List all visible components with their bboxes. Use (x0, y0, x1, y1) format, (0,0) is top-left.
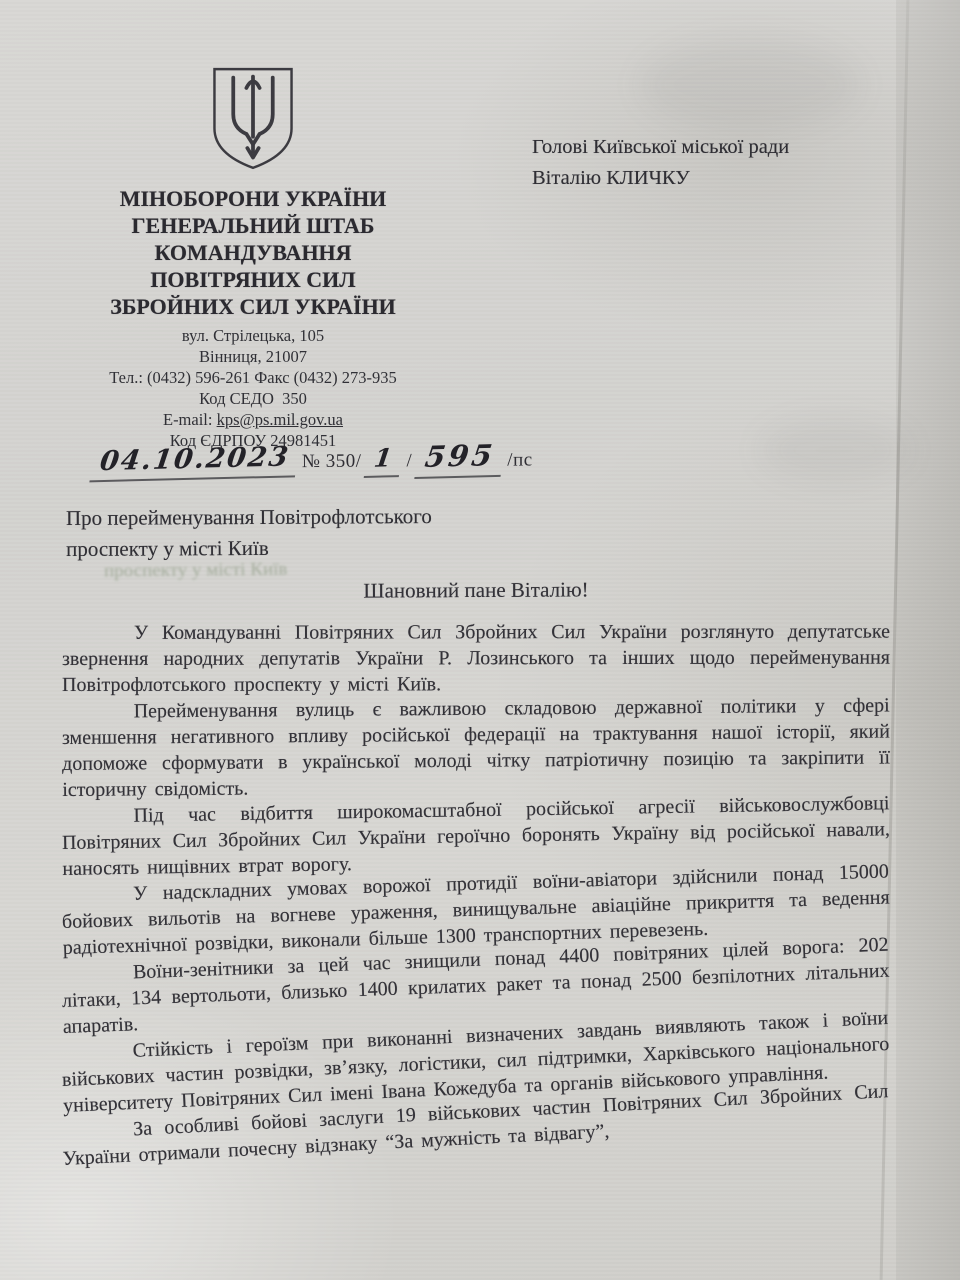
contact-block: вул. Стрілецька, 105 Вінниця, 21007 Тел.… (88, 325, 418, 451)
email-line: E-mail: kps@ps.mil.gov.ua (88, 409, 418, 430)
subject-block: Про перейменування Повітрофлотського про… (66, 501, 432, 565)
email-label: E-mail: (163, 410, 217, 429)
recipient-name: Віталію КЛИЧКУ (532, 163, 789, 194)
address-line: Вінниця, 21007 (88, 346, 418, 367)
handwritten-number-part2: 595 (414, 438, 505, 479)
email-address: kps@ps.mil.gov.ua (217, 410, 343, 429)
org-line: МІНОБОРОНИ УКРАЇНИ (88, 185, 418, 212)
bleed-through-marks (760, 420, 910, 480)
recipient-title: Голові Київської міської ради (532, 132, 789, 163)
handwritten-number-part1: 1 (364, 443, 404, 478)
org-line: КОМАНДУВАННЯ (88, 239, 418, 266)
org-line: ГЕНЕРАЛЬНИЙ ШТАБ (88, 212, 418, 239)
sedo-code-line: Код СЕДО 350 (88, 388, 418, 409)
handwritten-date: 04.10.2023 (89, 441, 299, 482)
letter-body: Шановний пане Віталію! У Командуванні По… (62, 578, 890, 1173)
ukraine-trident-emblem (206, 62, 300, 174)
address-line: вул. Стрілецька, 105 (88, 325, 418, 346)
subject-line: Про перейменування Повітрофлотського (66, 501, 432, 534)
doc-number-prefix: № 350/ (302, 451, 362, 472)
org-line: ПОВІТРЯНИХ СИЛ (88, 266, 418, 293)
recipient-block: Голові Київської міської ради Віталію КЛ… (532, 132, 789, 194)
doc-number-suffix: /пс (507, 449, 533, 470)
letterhead: МІНОБОРОНИ УКРАЇНИ ГЕНЕРАЛЬНИЙ ШТАБ КОМА… (88, 62, 418, 451)
scanned-letter-page: МІНОБОРОНИ УКРАЇНИ ГЕНЕРАЛЬНИЙ ШТАБ КОМА… (0, 0, 960, 1280)
phone-line: Тел.: (0432) 596-261 Факс (0432) 273-935 (88, 367, 418, 388)
bleed-through-marks (640, 40, 860, 130)
salutation: Шановний пане Віталію! (62, 576, 890, 605)
body-paragraph: Перейменування вулиць є важливою складов… (62, 692, 891, 802)
org-line: ЗБРОЙНИХ СИЛ УКРАЇНИ (88, 293, 418, 320)
number-separator: / (406, 450, 412, 471)
body-paragraph: У Командуванні Повітряних Сил Збройних С… (62, 619, 890, 698)
paper-edge-shadow (896, 0, 960, 1280)
registration-line: 04.10.2023 № 350/ 1 / 595 /пс (92, 438, 533, 480)
